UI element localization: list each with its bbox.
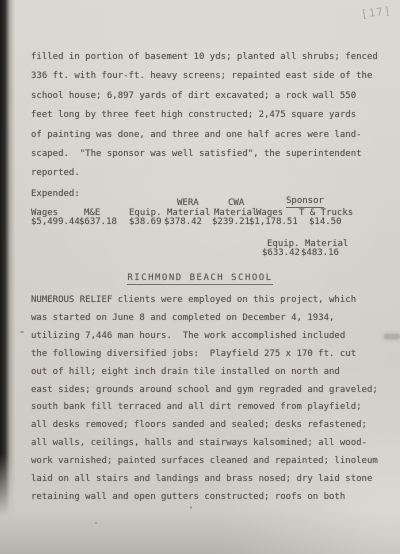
pencil-smudge — [384, 334, 400, 339]
ink-speck — [190, 506, 192, 509]
value-equip: $38.69 — [129, 217, 162, 227]
expended-label: Expended: — [31, 189, 80, 199]
section-heading: RICHMOND BEACH SCHOOL — [0, 273, 400, 283]
ink-speck — [95, 522, 97, 524]
section-heading-text: RICHMOND BEACH SCHOOL — [127, 273, 272, 285]
value-wera-material: $378.42 — [164, 217, 202, 227]
value-trucks: $14.50 — [309, 217, 342, 227]
ink-speck — [20, 331, 24, 333]
table-group-header-wera: WERA — [177, 198, 199, 208]
table-group-header-cwa: CWA — [228, 198, 244, 208]
value-sponsor-material: $483.16 — [301, 248, 339, 258]
paragraph-richmond-beach: NUMEROUS RELIEF clients were employed on… — [31, 292, 378, 507]
value-me: $637.18 — [79, 217, 117, 227]
value-sponsor-equip: $633.42 — [262, 248, 300, 258]
value-sponsor-wages: $1,178.51 — [249, 217, 298, 227]
table-group-header-sponsor: Sponsor — [286, 196, 324, 206]
value-wages: $5,499.44 — [31, 217, 80, 227]
sponsor-label: Sponsor — [286, 196, 324, 208]
scanned-page: [17] filled in portion of basement 10 yd… — [0, 0, 400, 554]
page-number: [17] — [360, 4, 392, 21]
scan-edge-shadow — [0, 0, 15, 516]
value-cwa-material: $239.21 — [212, 217, 250, 227]
paragraph-basement-work: filled in portion of basement 10 yds; pl… — [31, 48, 378, 184]
